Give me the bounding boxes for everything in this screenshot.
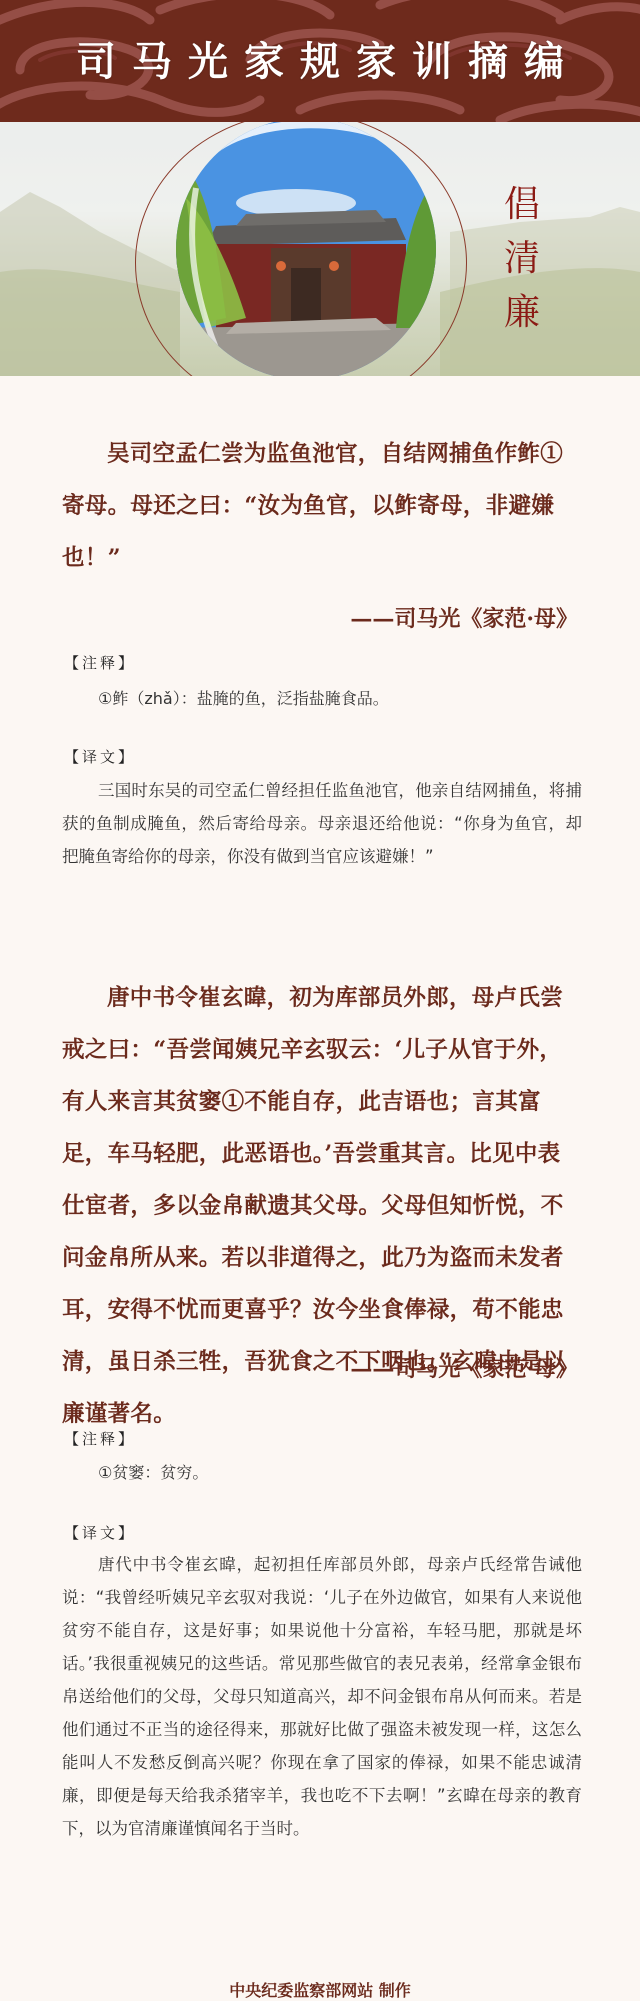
note-item-2: ①贫窭：贫穷。 bbox=[98, 1460, 208, 1483]
footer-credit: 中央纪委监察部网站 制作 bbox=[0, 1978, 640, 2001]
translation-text-2: 唐代中书令崔玄暐，起初担任库部员外郎，母亲卢氏经常告诫他说：“我曾经听姨兄辛玄驭… bbox=[62, 1548, 582, 1845]
translation-text-1: 三国时东吴的司空孟仁曾经担任监鱼池官，他亲自结网捕鱼，将捕获的鱼制成腌鱼，然后寄… bbox=[62, 774, 582, 873]
notes-label-1: 【注释】 bbox=[64, 652, 136, 673]
courtyard-gate-photo bbox=[176, 122, 436, 376]
note-item-1: ①鲊（zhǎ）：盐腌的鱼，泛指盐腌食品。 bbox=[98, 686, 389, 709]
translation-label-1: 【译文】 bbox=[64, 746, 136, 767]
classic-text-1: 吴司空孟仁尝为监鱼池官，自结网捕鱼作鲊①寄母。母还之曰：“汝为鱼官，以鲊寄母，非… bbox=[62, 428, 580, 584]
notes-label-2: 【注释】 bbox=[64, 1428, 136, 1449]
translation-label-2: 【译文】 bbox=[64, 1522, 136, 1543]
attribution-1: ——司马光《家范·母》 bbox=[350, 602, 578, 633]
hero-banner: 倡 清 廉 bbox=[0, 122, 640, 376]
slogan-char: 廉 bbox=[500, 286, 544, 340]
slogan-char: 清 bbox=[500, 232, 544, 286]
page-title: 司马光家规家训摘编 bbox=[0, 30, 640, 87]
slogan-vertical-text: 倡 清 廉 bbox=[500, 178, 544, 340]
header-banner: 司马光家规家训摘编 bbox=[0, 0, 640, 122]
attribution-2: ——司马光《家范·母》 bbox=[350, 1352, 578, 1383]
slogan-char: 倡 bbox=[500, 178, 544, 232]
